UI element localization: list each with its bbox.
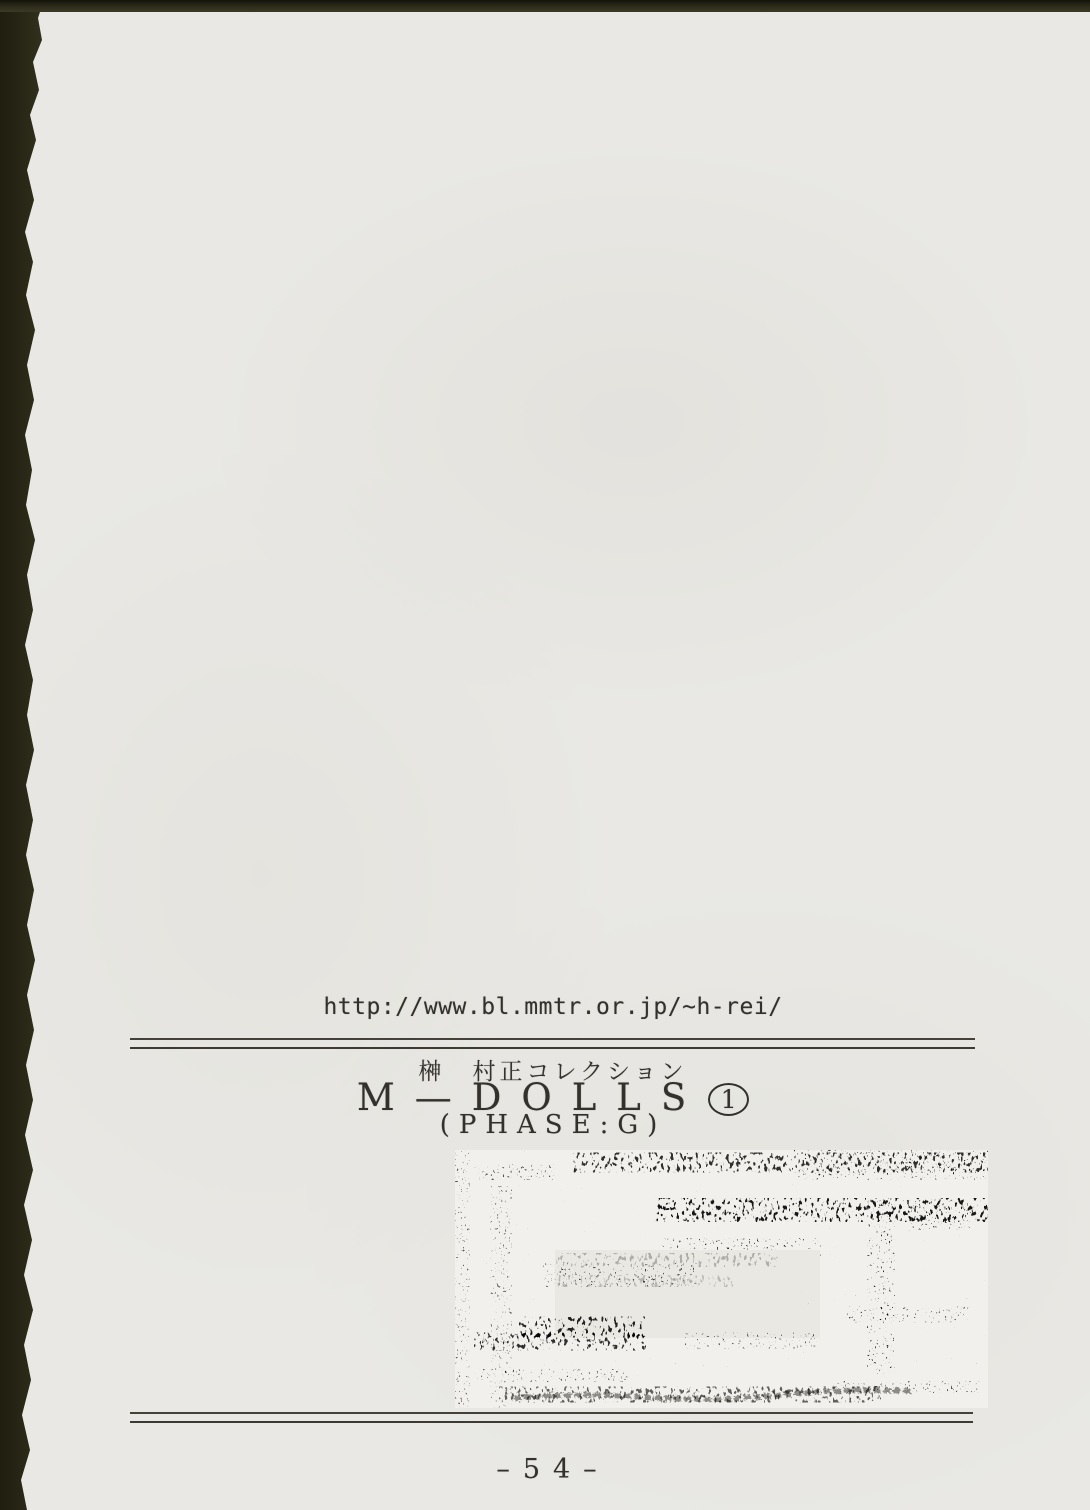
- noise-artifact-graphic: [455, 1150, 988, 1408]
- website-url-text: http://www.bl.mmtr.or.jp/~h-rei/: [16, 994, 1090, 1020]
- scan-top-edge: [0, 0, 1090, 12]
- page-number: –54–: [16, 1454, 1090, 1485]
- scanned-page: http://www.bl.mmtr.or.jp/~h-rei/ 榊 村正コレク…: [0, 0, 1090, 1510]
- degraded-scan-image: [455, 1150, 988, 1408]
- divider-bottom: [130, 1412, 973, 1423]
- divider-top: [130, 1038, 975, 1049]
- scan-left-edge: [0, 0, 60, 1510]
- subtitle-phase: (PHASE:G): [16, 1110, 1090, 1140]
